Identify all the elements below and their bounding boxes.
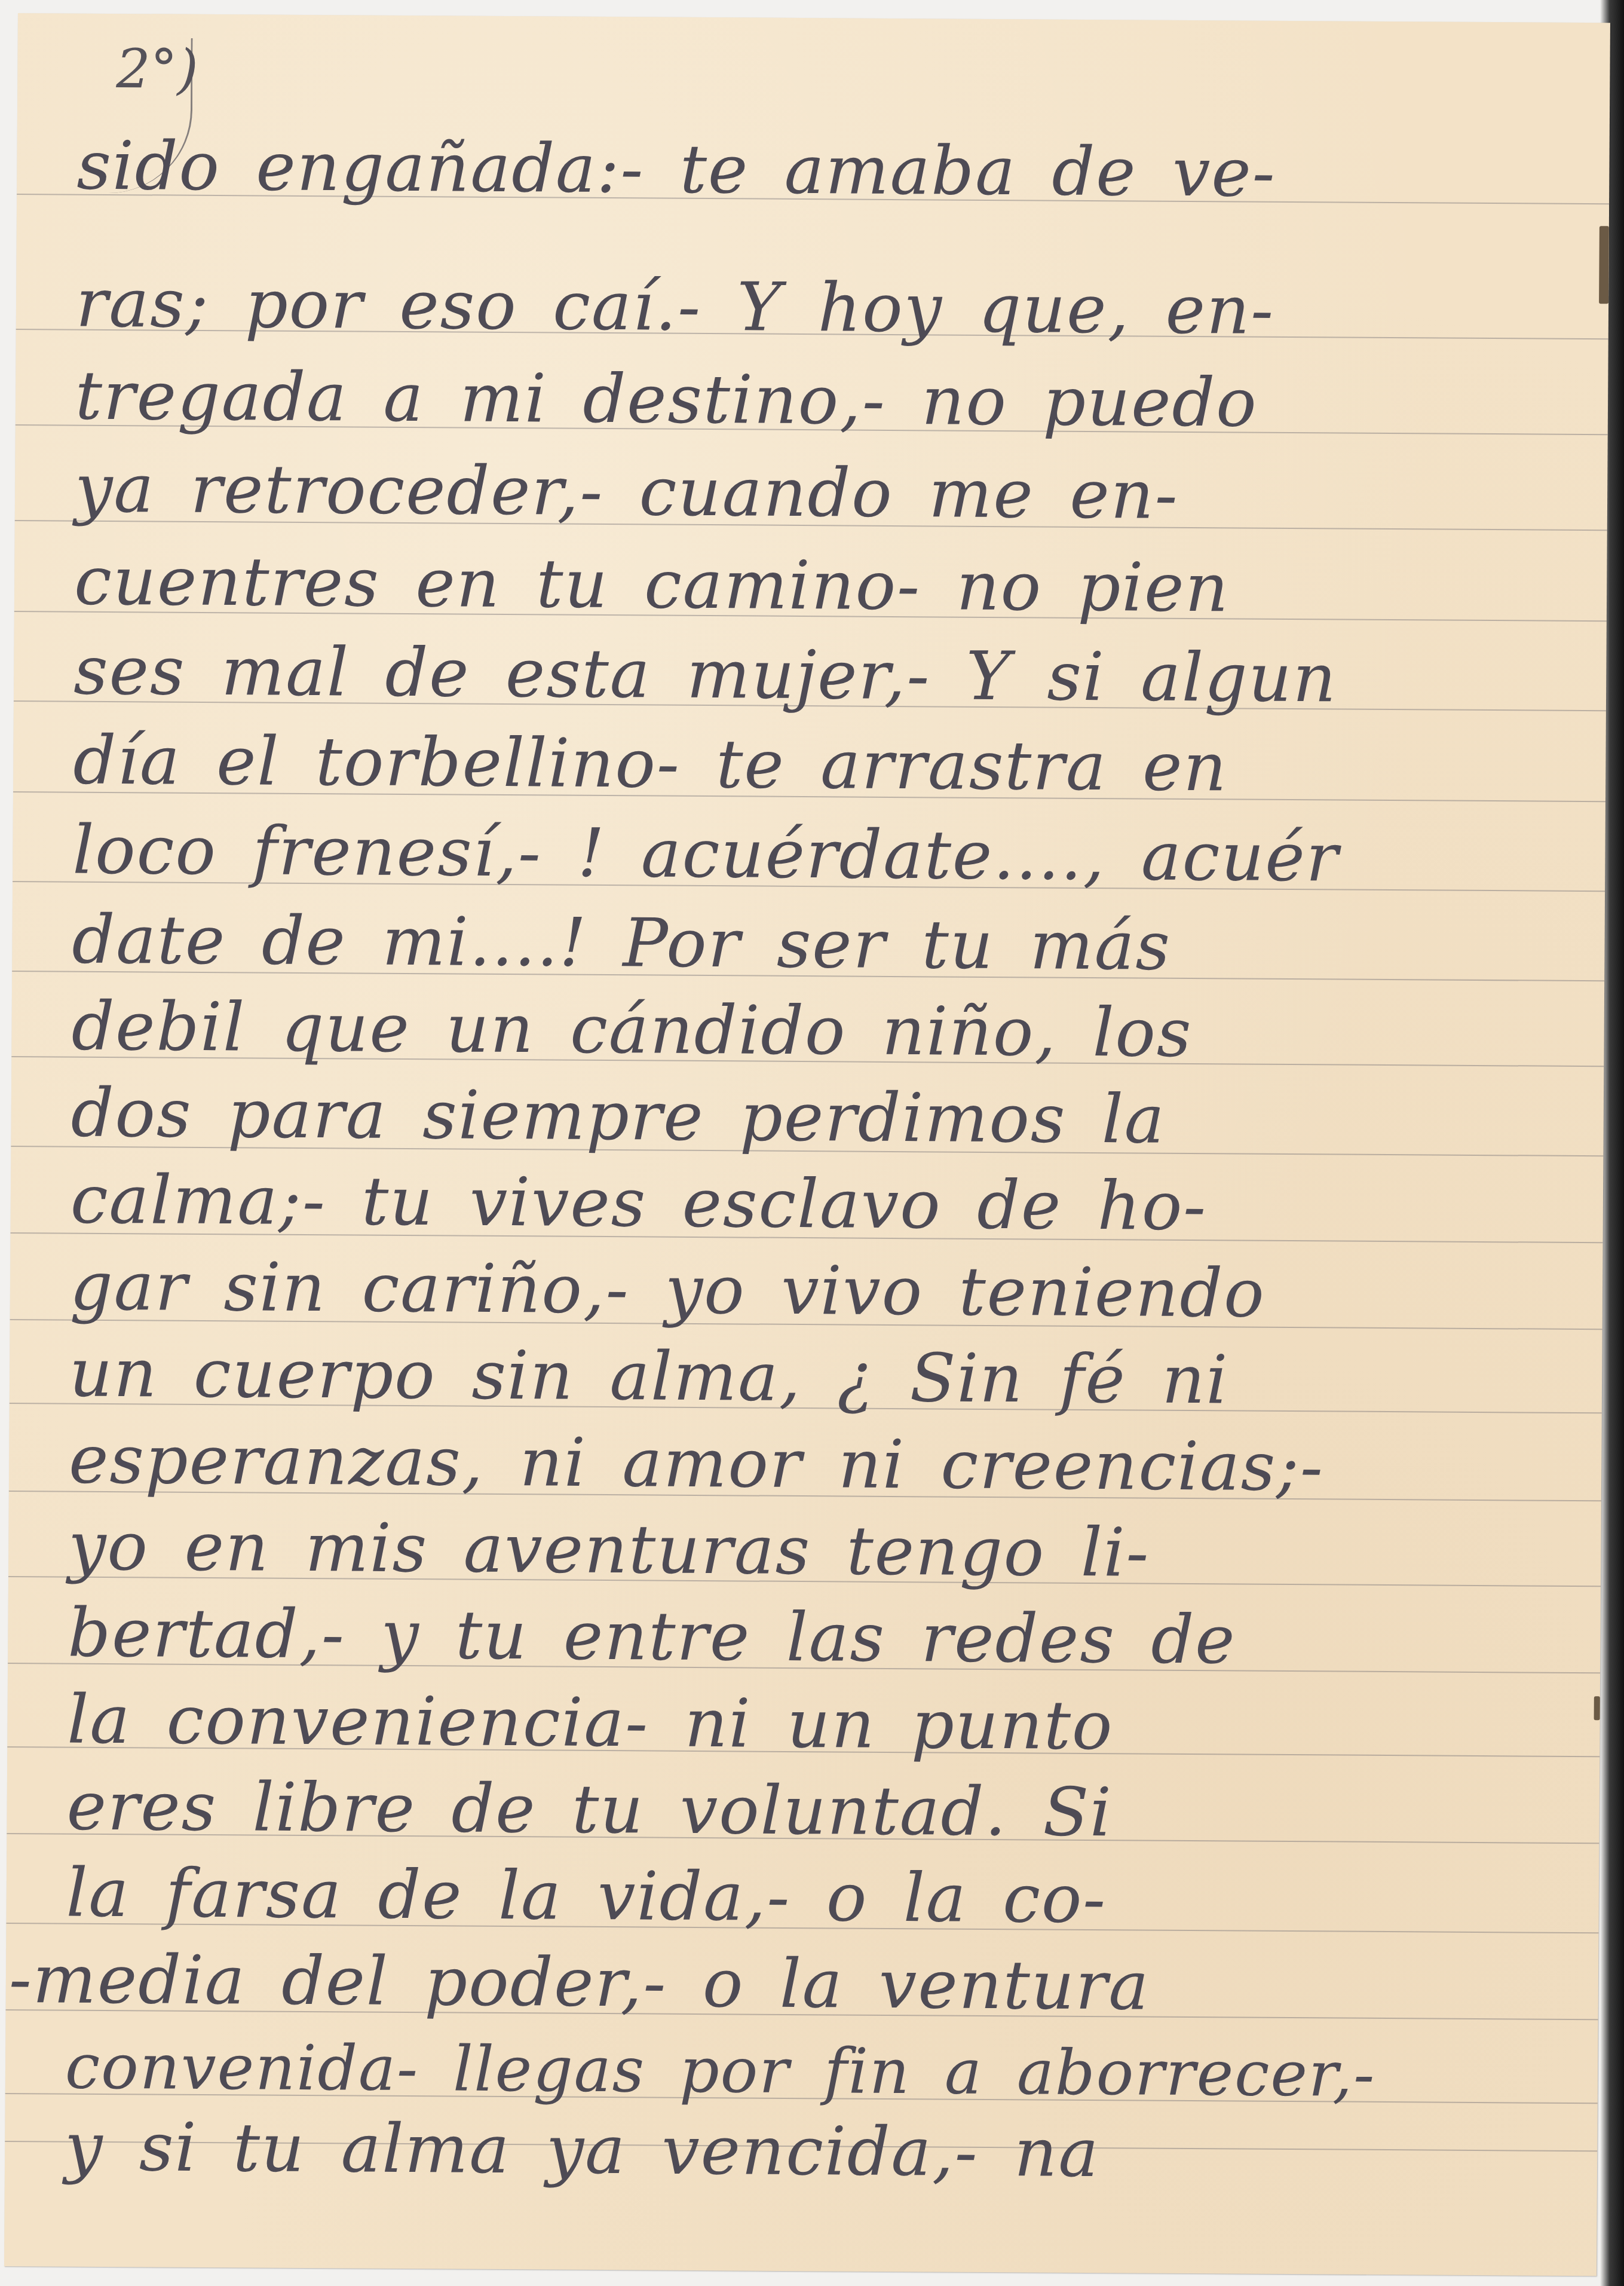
text-line: gar sin cariño,- yo vivo teniendo xyxy=(70,1248,1576,1335)
text-line: dos para siempre perdimos la xyxy=(71,1075,1577,1161)
text-line: convenida- llegas por fin a aborrecer,- xyxy=(65,2028,1571,2114)
text-line: tregada a mi destino,- no puedo xyxy=(75,357,1582,444)
handwritten-text: sido engañada:- te amaba de ve- ras; por… xyxy=(78,14,1601,23)
text-line: la farsa de la vida,- o la co- xyxy=(66,1854,1572,1941)
text-line: ses mal de esta mujer,- Y si algun xyxy=(73,632,1580,719)
text-line: eres libre de tu voluntad. Si xyxy=(66,1768,1573,1854)
text-line: ya retroceder,- cuando me en- xyxy=(75,450,1581,537)
text-line: bertad,- y tu entre las redes de xyxy=(68,1595,1574,1681)
text-line: día el torbellino- te arrastra en xyxy=(73,722,1579,809)
text-line: debil que un cándido niño, los xyxy=(71,988,1577,1075)
text-line: yo en mis aventuras tengo li- xyxy=(68,1508,1574,1595)
text-line: sido engañada:- te amaba de ve- xyxy=(76,127,1583,214)
text-line: calma;- tu vives esclavo de ho- xyxy=(70,1161,1576,1248)
text-line: cuentres en tu camino- no pien xyxy=(74,543,1580,629)
text-line: loco frenesí,- ! acuérdate...., acuér xyxy=(72,812,1579,898)
text-line: la conveniencia- ni un punto xyxy=(67,1681,1573,1768)
text-line: -media del poder,- o la ventura xyxy=(9,1941,1515,2027)
page-number: 2°) xyxy=(116,38,198,101)
text-line: ras; por eso caí.- Y hoy que, en- xyxy=(76,265,1582,351)
text-line: esperanzas, ni amor ni creencias;- xyxy=(69,1421,1575,1508)
text-line: un cuerpo sin alma, ¿ Sin fé ni xyxy=(69,1335,1576,1421)
letter-page: 2°) sido engañada:- te amaba de ve- ras;… xyxy=(4,13,1610,2276)
paper-edge-tear xyxy=(1599,226,1609,304)
paper-edge-tear xyxy=(1594,1696,1600,1720)
text-line: y si tu alma ya vencida,- na xyxy=(65,2108,1571,2195)
text-line: date de mi....! Por ser tu más xyxy=(72,901,1578,988)
